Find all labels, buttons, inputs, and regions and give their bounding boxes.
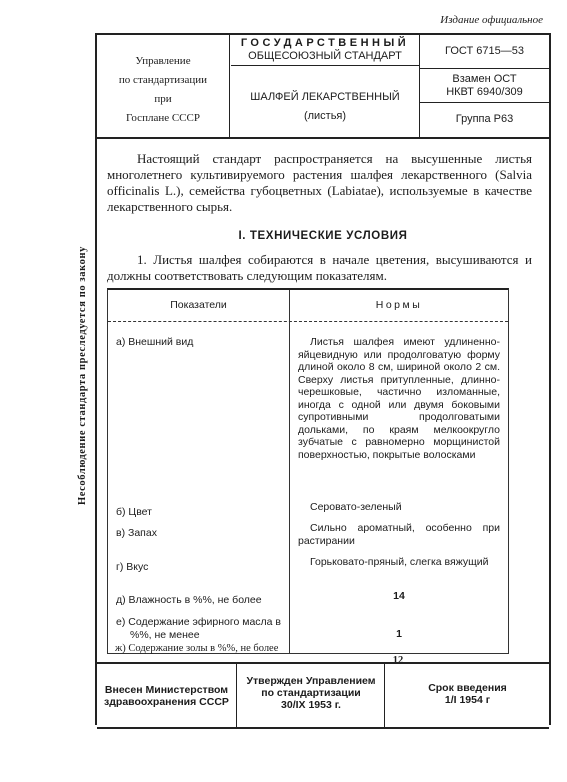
norm-cell: Горьковато-пряный, слегка вяжущий — [298, 556, 500, 569]
standard-type-line2: ОБЩЕСОЮЗНЫЙ СТАНДАРТ — [231, 50, 419, 63]
section-title: I. ТЕХНИЧЕСКИЕ УСЛОВИЯ — [97, 230, 549, 242]
replaces: Взамен ОСТ НКВТ 6940/309 — [420, 69, 549, 103]
codes-cell: ГОСТ 6715—53 Взамен ОСТ НКВТ 6940/309 Гр… — [420, 35, 549, 137]
subtitle-text: (листья) — [231, 107, 419, 126]
header-indicator: Показатели — [108, 299, 289, 311]
requirements-table: Показатели Нормы а) Внешний вид Листья ш… — [107, 288, 509, 654]
authority-line: при — [97, 90, 229, 109]
gost-number: ГОСТ 6715—53 — [420, 35, 549, 69]
effective-line1: Срок введения — [386, 682, 549, 694]
document-title: ШАЛФЕЙ ЛЕКАРСТВЕННЫЙ (листья) — [231, 66, 419, 126]
norm-cell: Сильно ароматный, особенно при растирани… — [298, 522, 500, 547]
approved-line3: 30/IX 1953 г. — [238, 699, 384, 711]
edition-label: Издание официальное — [440, 14, 543, 26]
authority-cell: Управление по стандартизации при Госплан… — [97, 35, 230, 137]
indicator-cell: в) Запах — [116, 527, 284, 540]
approved-by: Утвержден Управлением по стандартизации … — [238, 664, 385, 727]
intro-paragraph: Настоящий стандарт распространяется на в… — [107, 151, 532, 215]
standard-type-line1: ГОСУДАРСТВЕННЫЙ — [231, 37, 419, 50]
footer-block: Внесен Министерством здравоохранения ССС… — [97, 662, 549, 729]
norm-cell: 14 — [298, 590, 500, 603]
effective-date: Срок введения 1/I 1954 г — [386, 664, 549, 727]
norm-cell: Серовато-зеленый — [298, 501, 500, 514]
submitted-by: Внесен Министерством здравоохранения ССС… — [97, 664, 237, 727]
replaces-line2: НКВТ 6940/309 — [420, 86, 549, 99]
effective-line2: 1/I 1954 г — [386, 694, 549, 706]
submitted-line2: здравоохранения СССР — [97, 696, 236, 708]
norm-cell: 1 — [298, 628, 500, 641]
indicator-cell: а) Внешний вид — [116, 336, 284, 349]
column-divider — [289, 290, 290, 653]
authority-line: Госплане СССР — [97, 109, 229, 128]
approved-line2: по стандартизации — [238, 687, 384, 699]
header-norm: Нормы — [290, 299, 508, 311]
indicator-cell: ж) Содержание золы в %%, не более — [115, 643, 283, 656]
title-text: ШАЛФЕЙ ЛЕКАРСТВЕННЫЙ — [231, 88, 419, 107]
standard-type: ГОСУДАРСТВЕННЫЙ ОБЩЕСОЮЗНЫЙ СТАНДАРТ — [231, 35, 419, 66]
authority-line: по стандартизации — [97, 71, 229, 90]
header-block: Управление по стандартизации при Госплан… — [97, 35, 549, 139]
replaces-line1: Взамен ОСТ — [420, 73, 549, 86]
clause-1: 1. Листья шалфея собираются в начале цве… — [107, 252, 532, 284]
indicator-cell: г) Вкус — [116, 561, 284, 574]
title-cell: ГОСУДАРСТВЕННЫЙ ОБЩЕСОЮЗНЫЙ СТАНДАРТ ШАЛ… — [231, 35, 420, 137]
indicator-cell: б) Цвет — [116, 506, 284, 519]
authority-line: Управление — [97, 52, 229, 71]
approved-line1: Утвержден Управлением — [238, 675, 384, 687]
group-code: Группа Р63 — [420, 103, 549, 136]
side-note: Несоблюдение стандарта преследуется по з… — [77, 246, 88, 505]
submitted-line1: Внесен Министерством — [97, 684, 236, 696]
document-frame: Управление по стандартизации при Госплан… — [95, 33, 551, 725]
indicator-cell: д) Влажность в %%, не более — [116, 594, 284, 607]
indicator-cell: е) Содержание эфирного масла в %%, не ме… — [116, 616, 284, 641]
norm-cell: Листья шалфея имеют удлиненно-яйцевидную… — [298, 336, 500, 461]
table-header: Показатели Нормы — [108, 290, 508, 322]
